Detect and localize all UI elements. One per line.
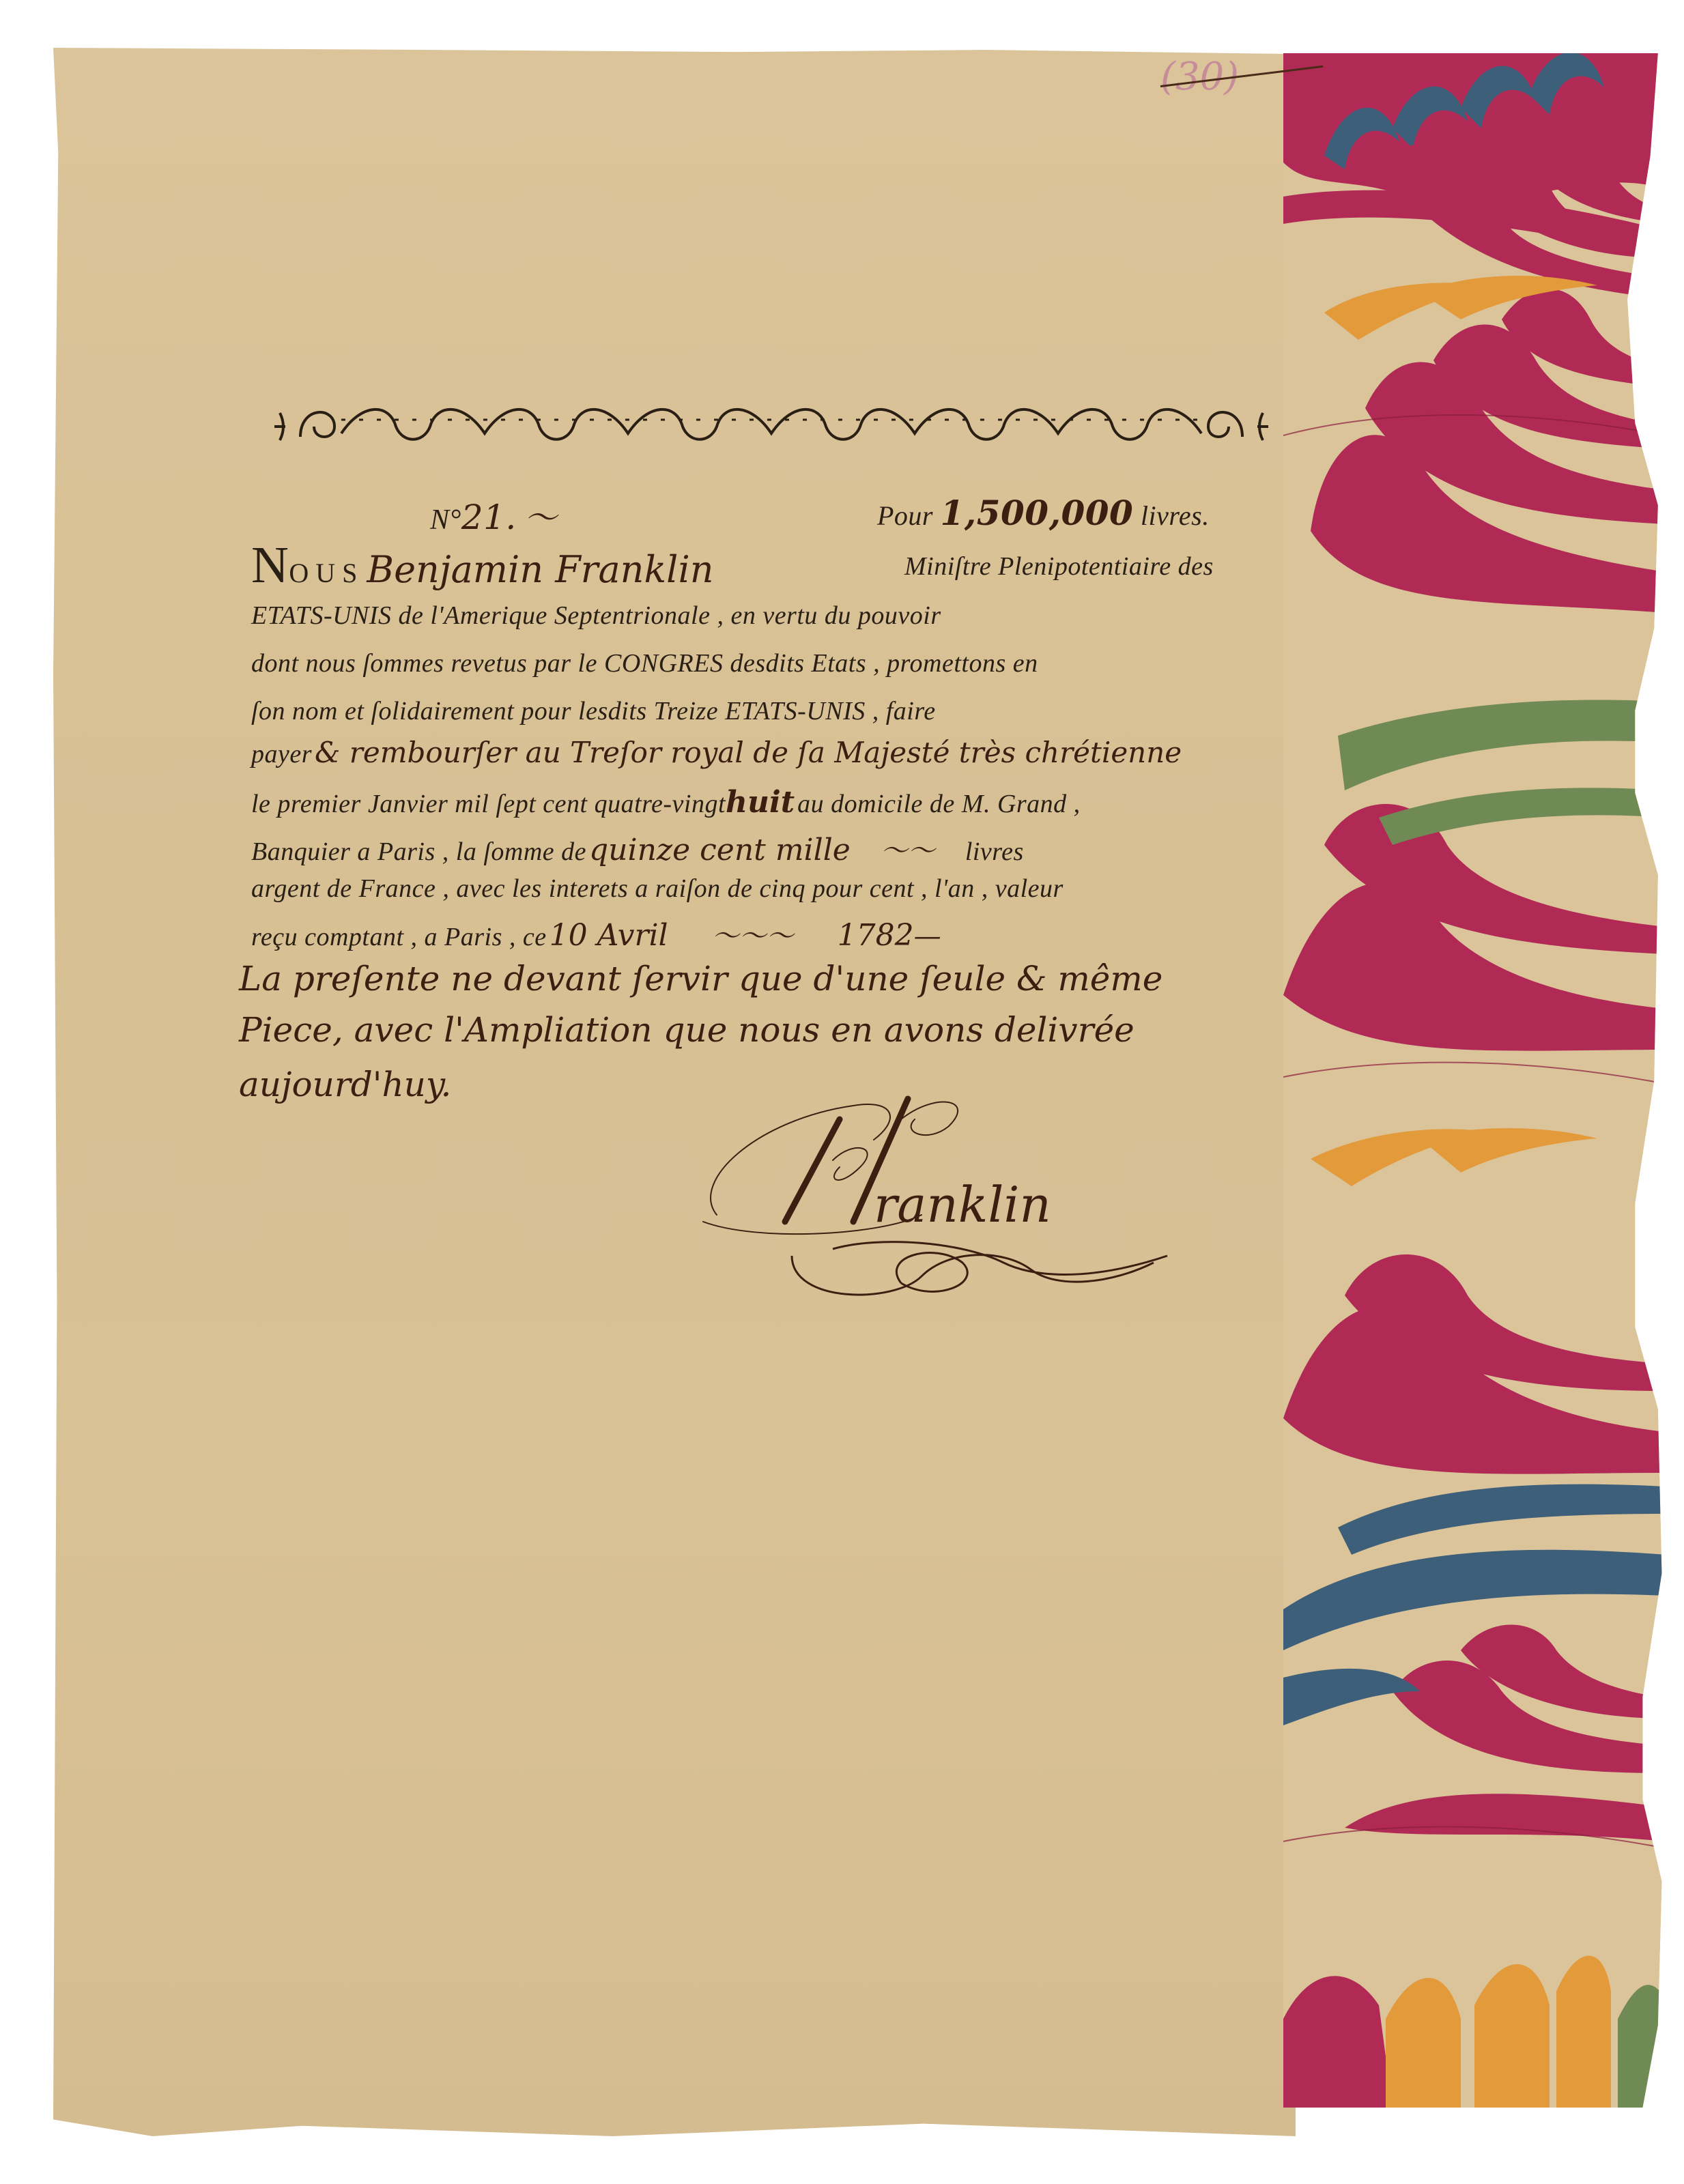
signature-flourish-icon: ranklin: [676, 1078, 1181, 1310]
body-line-1: NOUS Benjamin Franklin: [251, 536, 714, 595]
handwritten-note-line-1: La preſente ne devant ſervir que d'une ſ…: [239, 959, 1162, 998]
handwritten-note-line-3: aujourd'huy.: [239, 1065, 451, 1104]
body-line-6: le premier Janvier mil ſept cent quatre-…: [251, 785, 1081, 820]
scroll-ornament-icon: [259, 399, 1283, 447]
body-line-7: Banquier a Paris , la ſomme de quinze ce…: [251, 829, 1024, 868]
grantor-name: Benjamin Franklin: [367, 548, 713, 591]
note-number: N°21. 〜: [430, 491, 557, 538]
note-amount: Pour 1,500,000 livres.: [877, 493, 1210, 533]
svg-text:ranklin: ranklin: [874, 1176, 1051, 1233]
handwritten-note-line-2: Piece, avec l'Ampliation que nous en avo…: [239, 1010, 1134, 1050]
marble-pattern-icon: [1283, 53, 1666, 2108]
body-line-3: dont nous ſommes revetus par le CONGRES …: [251, 648, 1038, 678]
body-line-2: ETATS-UNIS de l'Amerique Septentrionale …: [251, 601, 941, 631]
marbled-paper-strip: [1283, 53, 1666, 2108]
body-line-9: reçu comptant , a Paris , ce 10 Avril 〜〜…: [251, 915, 941, 953]
body-line-5: payer & rembourſer au Treſor royal de ſa…: [251, 736, 1182, 769]
body-line-1-title: Miniſtre Plenipotentiaire des: [904, 551, 1214, 581]
body-line-8: argent de France , avec les interets a r…: [251, 874, 1064, 904]
printed-ornament-border: [259, 399, 1283, 447]
signature: ranklin: [676, 1078, 1181, 1310]
body-line-4: ſon nom et ſolidairement pour lesdits Tr…: [251, 696, 936, 726]
